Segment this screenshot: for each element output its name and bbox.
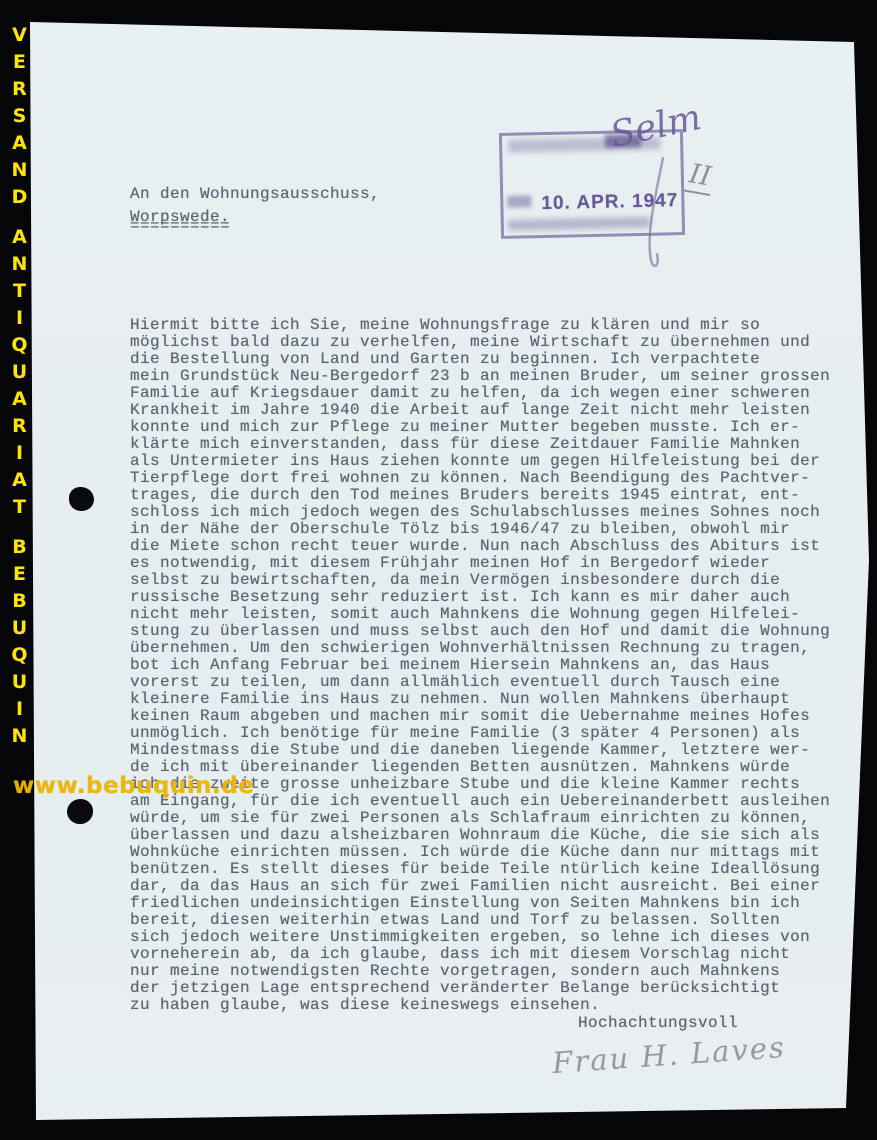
brand-letter: Q — [11, 332, 27, 359]
body-line: nicht mehr leisten, somit auch Mahnkens … — [130, 606, 830, 623]
body-line: in der Nähe der Oberschule Tölz bis 1946… — [130, 521, 830, 538]
brand-letter: I — [16, 305, 23, 332]
body-line: Hiermit bitte ich Sie, meine Wohnungsfra… — [130, 317, 830, 334]
body-line: übernehmen. Um den schwierigen Wohnverhä… — [130, 640, 830, 657]
body-line: friedlichen undeinsichtigen Einstellung … — [130, 895, 830, 912]
body-line: selbst zu bewirtschaften, da mein Vermög… — [130, 572, 830, 589]
body-line: möglichst bald dazu zu verhelfen, meine … — [130, 334, 830, 351]
body-line: keinen Raum abgeben und machen mir somit… — [130, 708, 830, 725]
body-line: Krankheit im Jahre 1940 die Arbeit auf l… — [130, 402, 830, 419]
brand-letter: A — [12, 386, 27, 413]
brand-letter: D — [12, 184, 28, 211]
body-line: mein Grundstück Neu-Bergedorf 23 b an me… — [130, 368, 830, 385]
brand-letter: U — [12, 359, 27, 386]
stamp-smudge-left — [507, 195, 531, 207]
body-line: stung zu überlassen und muss selbst auch… — [130, 623, 830, 640]
body-line: schloss ich mich jedoch wegen des Schula… — [130, 504, 830, 521]
body-line: kleinere Familie ins Haus zu nehmen. Nun… — [130, 691, 830, 708]
brand-letter: S — [13, 103, 27, 130]
body-line: sich jedoch weitere Unstimmigkeiten erge… — [130, 929, 830, 946]
body-line: die Miete schon recht teuer wurde. Nun n… — [130, 538, 830, 555]
brand-letter: U — [12, 669, 27, 696]
body-line: unmöglich. Ich benötige für meine Famili… — [130, 725, 830, 742]
brand-letter: V — [12, 22, 27, 49]
brand-letter: A — [12, 224, 27, 251]
body-line: klärte mich einverstanden, dass für dies… — [130, 436, 830, 453]
body-line: vorerst zu teilen, um dann allmählich ev… — [130, 674, 830, 691]
body-line: es notwendig, mit diesem Frühjahr meinen… — [130, 555, 830, 572]
body-line: konnte und mich zur Pflege zu meiner Mut… — [130, 419, 830, 436]
scanned-letter-photo: VERSANDANTIQUARIATBEBUQUIN www.bebuquin.… — [0, 0, 877, 1140]
recipient-underline: ========== — [130, 219, 380, 233]
body-line: nur meine notwendigsten Rechte vorgetrag… — [130, 963, 830, 980]
watermark-url: www.bebuquin.de — [13, 773, 254, 799]
vertical-brand-text: VERSANDANTIQUARIATBEBUQUIN — [6, 22, 33, 750]
body-line: die Bestellung von Land und Garten zu be… — [130, 351, 830, 368]
brand-letter: I — [16, 440, 23, 467]
handwritten-numeral-annotation: II — [683, 158, 716, 196]
body-line: überlassen und dazu alsheizbaren Wohnrau… — [130, 827, 830, 844]
brand-letter: R — [12, 413, 27, 440]
punch-hole-bottom — [67, 799, 93, 824]
closing-formula: Hochachtungsvoll — [578, 1014, 738, 1032]
body-line: zu haben glaube, was diese keineswegs ei… — [130, 997, 830, 1014]
body-line: trages, die durch den Tod meines Bruders… — [130, 487, 830, 504]
body-line: vorneherein ab, da ich glaube, dass ich … — [130, 946, 830, 963]
body-line: Tierpflege dort frei wohnen zu können. N… — [130, 470, 830, 487]
body-line: dar, da das Haus an sich für zwei Famili… — [130, 878, 830, 895]
body-line: würde, um sie für zwei Personen als Schl… — [130, 810, 830, 827]
body-line: als Untermieter ins Haus ziehen konnte u… — [130, 453, 830, 470]
brand-letter: R — [12, 76, 27, 103]
letter-body: Hiermit bitte ich Sie, meine Wohnungsfra… — [130, 317, 830, 1014]
punch-hole-top — [69, 487, 94, 511]
body-line: Mindestmass die Stube und die daneben li… — [130, 742, 830, 759]
body-line: der jetzigen Lage entsprechend verändert… — [130, 980, 830, 997]
stamp-date: 10. APR. 1947 — [541, 190, 678, 215]
body-line: Familie auf Kriegsdauer damit zu helfen,… — [130, 385, 830, 402]
body-line: bereit, diesen weiterhin etwas Land und … — [130, 912, 830, 929]
brand-letter: E — [13, 49, 26, 76]
brand-letter: T — [13, 494, 26, 521]
brand-letter: N — [12, 251, 28, 278]
brand-letter: I — [16, 696, 23, 723]
brand-letter: Q — [11, 642, 27, 669]
brand-letter: N — [12, 157, 28, 184]
brand-letter: N — [12, 723, 28, 750]
brand-letter: B — [12, 534, 26, 561]
body-line: russische Besetzung sehr reduziert ist. … — [130, 589, 830, 606]
recipient-line-1: An den Wohnungsausschuss, — [130, 183, 380, 206]
recipient-address: An den Wohnungsausschuss, Worpswede. ===… — [130, 183, 380, 233]
body-line: bot ich Anfang Februar bei meinem Hierse… — [130, 657, 830, 674]
body-line: benützen. Es stellt dieses für beide Tei… — [130, 861, 830, 878]
brand-letter: A — [12, 130, 27, 157]
stamp-smudge-bottom — [508, 217, 650, 231]
body-line: Wohnküche einrichten müssen. Ich würde d… — [130, 844, 830, 861]
brand-letter: T — [13, 278, 26, 305]
brand-letter: U — [12, 615, 27, 642]
brand-letter: B — [12, 588, 26, 615]
brand-letter: E — [13, 561, 26, 588]
brand-letter: A — [12, 467, 27, 494]
